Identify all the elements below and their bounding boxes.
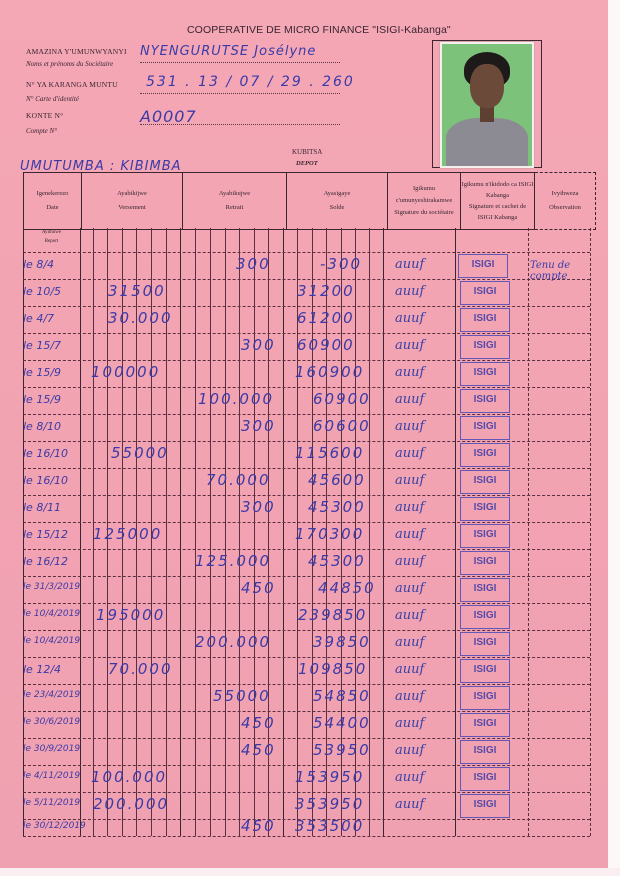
- row-versement: 100000: [91, 363, 160, 381]
- member-signature: auuf: [395, 527, 424, 542]
- table-row: le 31/3/2019 450 44850 auuf ISIGI: [23, 576, 590, 604]
- section-label-rundi: KUBITSA: [292, 148, 322, 156]
- member-signature: auuf: [395, 365, 424, 380]
- grid-line: [590, 228, 591, 836]
- table-row: le 5/11/2019 200.000 353950 auuf ISIGI: [23, 792, 590, 820]
- member-signature: auuf: [395, 338, 424, 353]
- header-observation: IvyihwezaObservation: [535, 173, 596, 230]
- header-versement: AyabikijweVersement: [82, 173, 183, 230]
- member-signature: auuf: [395, 419, 424, 434]
- member-signature: auuf: [395, 581, 424, 596]
- row-date: le 15/9: [23, 366, 61, 379]
- report-row: [23, 228, 590, 253]
- row-solde: 54850: [313, 687, 371, 705]
- isigi-stamp: ISIGI: [458, 254, 508, 278]
- table-row: le 15/12 125000 170300 auuf ISIGI: [23, 522, 590, 550]
- id-card-value: 531 . 13 / 07 / 29 . 260: [146, 74, 355, 90]
- row-retrait: 450: [241, 714, 276, 732]
- member-signature: auuf: [395, 257, 424, 272]
- member-signature: auuf: [395, 500, 424, 515]
- table-row: le 8/11 300 45300 auuf ISIGI: [23, 495, 590, 523]
- member-name-value: NYENGURUTSE Josélyne: [140, 44, 316, 59]
- row-versement: 30.000: [108, 309, 173, 327]
- table-row: le 10/5 31500 31200 auuf ISIGI: [23, 279, 590, 307]
- table-row: le 30/12/2019 450 353500: [23, 819, 590, 837]
- isigi-stamp: ISIGI: [460, 497, 510, 521]
- member-photo: [440, 42, 534, 168]
- isigi-stamp: ISIGI: [460, 605, 510, 629]
- isigi-stamp: ISIGI: [460, 470, 510, 494]
- account-label-rundi: KONTE N°: [26, 111, 63, 120]
- table-row: le 15/7 300 60900 auuf ISIGI: [23, 333, 590, 361]
- row-retrait: 450: [241, 817, 276, 835]
- isigi-stamp: ISIGI: [460, 632, 510, 656]
- member-signature: auuf: [395, 608, 424, 623]
- row-versement: 195000: [96, 606, 165, 624]
- row-solde: 60600: [313, 417, 371, 435]
- row-retrait: 450: [241, 741, 276, 759]
- row-solde: 160900: [295, 363, 364, 381]
- row-solde: 60900: [297, 336, 355, 354]
- row-date: le 16/12: [23, 555, 68, 568]
- row-solde: 45300: [308, 498, 366, 516]
- table-row: le 23/4/2019 55000 54850 auuf ISIGI: [23, 684, 590, 712]
- isigi-stamp: ISIGI: [460, 524, 510, 548]
- row-date: le 16/10: [23, 447, 68, 460]
- isigi-stamp: ISIGI: [460, 416, 510, 440]
- isigi-stamp: ISIGI: [460, 551, 510, 575]
- table-row: le 12/4 70.000 109850 auuf ISIGI: [23, 657, 590, 685]
- photo-jacket: [446, 118, 528, 168]
- isigi-stamp: ISIGI: [460, 362, 510, 386]
- row-date: le 10/4/2019: [23, 609, 80, 619]
- row-solde: 60900: [313, 390, 371, 408]
- member-signature: auuf: [395, 392, 424, 407]
- isigi-stamp: ISIGI: [460, 713, 510, 737]
- row-solde: 61200: [297, 309, 355, 327]
- table-row: le 8/4 300 -300 auuf ISIGI Tenu de compt…: [23, 252, 590, 280]
- isigi-stamp: ISIGI: [460, 659, 510, 683]
- row-date: le 4/11/2019: [23, 771, 80, 781]
- row-solde: 115600: [295, 444, 364, 462]
- member-signature: auuf: [395, 716, 424, 731]
- row-date: le 8/11: [23, 501, 61, 514]
- row-solde: 239850: [298, 606, 367, 624]
- member-signature: auuf: [395, 662, 424, 677]
- table-row: le 30/9/2019 450 53950 auuf ISIGI: [23, 738, 590, 766]
- row-solde: 45600: [308, 471, 366, 489]
- row-versement: 55000: [111, 444, 169, 462]
- row-solde: 54400: [313, 714, 371, 732]
- member-signature: auuf: [395, 797, 424, 812]
- row-versement: 100.000: [91, 768, 167, 786]
- header-isigi-stamp: Igikumu n'ikidodo ca ISIGI KabangaSignat…: [461, 173, 535, 230]
- header-solde: AyasigayeSolde: [287, 173, 388, 230]
- isigi-stamp: ISIGI: [460, 686, 510, 710]
- member-signature: auuf: [395, 473, 424, 488]
- row-solde: 353950: [295, 795, 364, 813]
- row-date: le 16/10: [23, 474, 68, 487]
- ledger-header: IgenekerezoDate AyabikijweVersement Ayab…: [23, 172, 596, 230]
- row-retrait: 450: [241, 579, 276, 597]
- member-name-label-rundi: AMAZINA Y'UMUNWYANYI: [26, 47, 127, 56]
- table-row: le 15/9 100.000 60900 auuf ISIGI: [23, 387, 590, 415]
- photo-face: [470, 64, 504, 108]
- member-name-line: [140, 62, 340, 63]
- row-date: le 12/4: [23, 663, 61, 676]
- table-row: le 8/10 300 60600 auuf ISIGI: [23, 414, 590, 442]
- table-row: le 4/11/2019 100.000 153950 auuf ISIGI: [23, 765, 590, 793]
- isigi-stamp: ISIGI: [460, 740, 510, 764]
- row-retrait: 300: [241, 336, 276, 354]
- header-date: IgenekerezoDate: [24, 173, 82, 230]
- member-signature: auuf: [395, 554, 424, 569]
- row-date: le 15/12: [23, 528, 68, 541]
- row-solde: 45300: [308, 552, 366, 570]
- table-row: le 30/6/2019 450 54400 auuf ISIGI: [23, 711, 590, 739]
- isigi-stamp: ISIGI: [460, 578, 510, 602]
- table-row: le 4/7 30.000 61200 auuf ISIGI: [23, 306, 590, 334]
- header-retrait: AyabikujweRetrait: [183, 173, 287, 230]
- isigi-stamp: ISIGI: [460, 443, 510, 467]
- cooperative-title: COOPERATIVE DE MICRO FINANCE "ISIGI-Kaba…: [187, 24, 451, 36]
- row-retrait: 300: [241, 498, 276, 516]
- isigi-stamp: ISIGI: [460, 335, 510, 359]
- page-edge: [608, 0, 620, 876]
- id-card-line: [140, 93, 340, 94]
- row-retrait: 100.000: [198, 390, 274, 408]
- table-row: le 16/10 55000 115600 auuf ISIGI: [23, 441, 590, 469]
- row-versement: 200.000: [93, 795, 169, 813]
- member-signature: auuf: [395, 635, 424, 650]
- member-signature: auuf: [395, 311, 424, 326]
- isigi-stamp: ISIGI: [460, 308, 510, 332]
- row-retrait: 125.000: [195, 552, 271, 570]
- table-row: le 10/4/2019 195000 239850 auuf ISIGI: [23, 603, 590, 631]
- row-retrait: 70.000: [206, 471, 271, 489]
- page-bottom-edge: [0, 868, 620, 876]
- row-retrait: 300: [241, 417, 276, 435]
- row-versement: 31500: [108, 282, 166, 300]
- member-signature: auuf: [395, 743, 424, 758]
- row-date: le 15/9: [23, 393, 61, 406]
- row-solde: 353500: [295, 817, 364, 835]
- row-date: le 10/5: [23, 285, 61, 298]
- row-solde: 39850: [313, 633, 371, 651]
- table-row: le 15/9 100000 160900 auuf ISIGI: [23, 360, 590, 388]
- row-versement: 125000: [93, 525, 162, 543]
- row-solde: 170300: [295, 525, 364, 543]
- row-date: le 30/9/2019: [23, 744, 80, 754]
- row-date: le 31/3/2019: [23, 582, 80, 592]
- row-date: le 30/6/2019: [23, 717, 80, 727]
- isigi-stamp: ISIGI: [460, 794, 510, 818]
- row-retrait: 200.000: [195, 633, 271, 651]
- member-signature: auuf: [395, 689, 424, 704]
- row-date: le 8/10: [23, 420, 61, 433]
- member-signature: auuf: [395, 770, 424, 785]
- row-solde: -300: [320, 255, 362, 273]
- member-signature: auuf: [395, 446, 424, 461]
- table-row: le 16/12 125.000 45300 auuf ISIGI: [23, 549, 590, 577]
- row-retrait: 55000: [213, 687, 271, 705]
- row-date: le 30/12/2019: [23, 821, 86, 831]
- row-date: le 23/4/2019: [23, 690, 80, 700]
- isigi-stamp: ISIGI: [460, 281, 510, 305]
- row-versement: 70.000: [108, 660, 173, 678]
- row-solde: 153950: [295, 768, 364, 786]
- row-date: le 8/4: [23, 258, 54, 271]
- row-solde: 31200: [297, 282, 355, 300]
- row-date: le 5/11/2019: [23, 798, 80, 808]
- row-retrait: 300: [236, 255, 271, 273]
- row-date: le 4/7: [23, 312, 54, 325]
- member-signature: auuf: [395, 284, 424, 299]
- row-date: le 15/7: [23, 339, 61, 352]
- header-member-signature: Igikumu c'umunyeshirakamweSignature du s…: [388, 173, 461, 230]
- row-solde: 109850: [298, 660, 367, 678]
- account-label-fr: Compte N°: [26, 127, 57, 135]
- account-number-value: A0007: [140, 107, 197, 126]
- row-date: le 10/4/2019: [23, 636, 80, 646]
- member-name-label-fr: Noms et prénoms du Sociétaire: [26, 60, 113, 68]
- table-row: le 16/10 70.000 45600 auuf ISIGI: [23, 468, 590, 496]
- id-card-label-fr: N° Carte d'identité: [26, 95, 79, 103]
- section-label-fr: DEPOT: [296, 160, 318, 167]
- isigi-stamp: ISIGI: [460, 767, 510, 791]
- row-solde: 53950: [313, 741, 371, 759]
- table-row: le 10/4/2019 200.000 39850 auuf ISIGI: [23, 630, 590, 658]
- row-solde: 44850: [318, 579, 376, 597]
- id-card-label-rundi: N° YA KARANGA MUNTU: [26, 80, 118, 89]
- isigi-stamp: ISIGI: [460, 389, 510, 413]
